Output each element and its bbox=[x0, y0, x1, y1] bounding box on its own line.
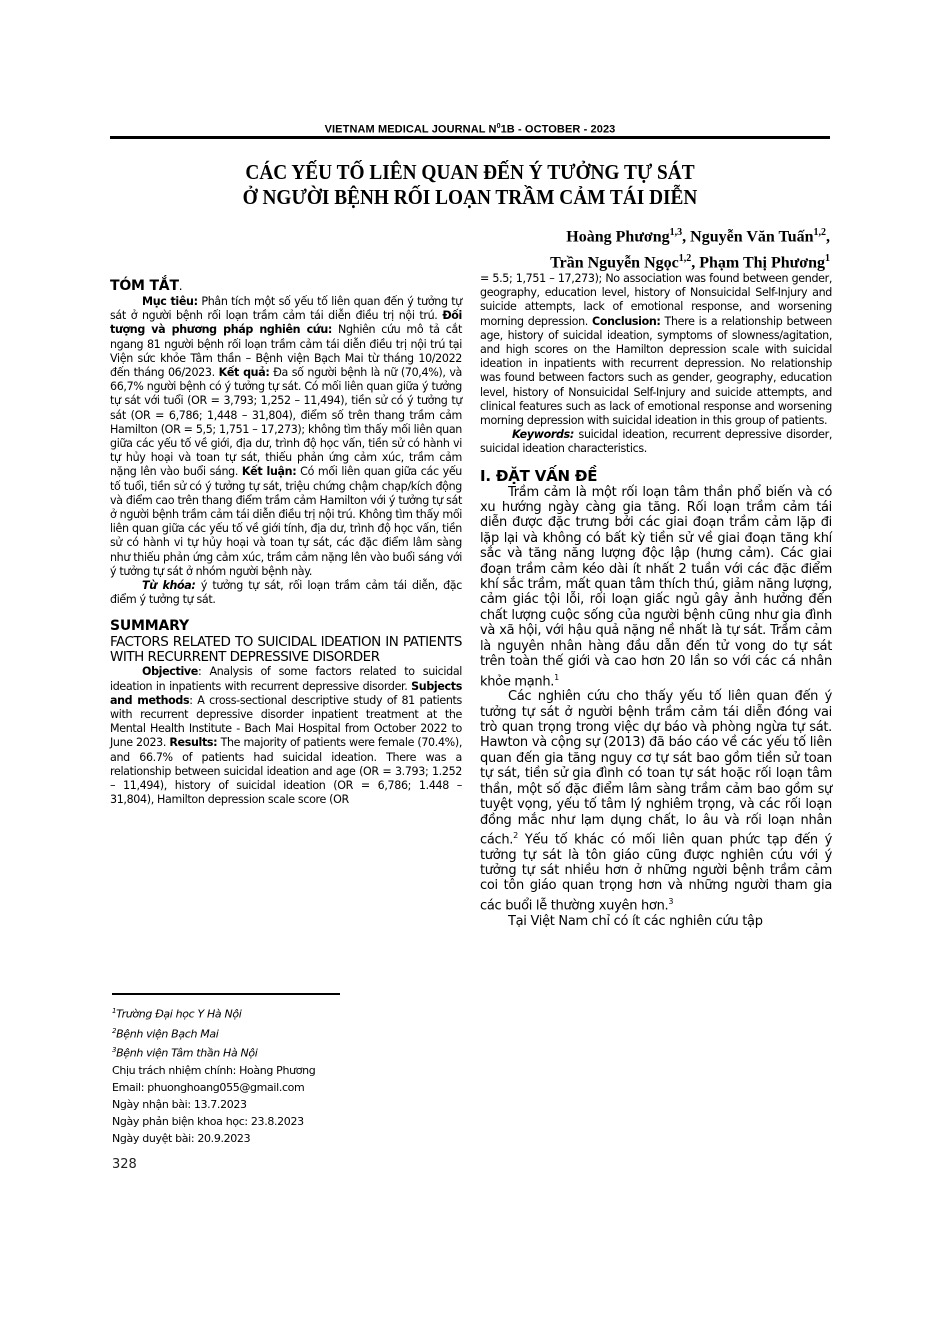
affiliation-3: 3Bệnh viện Tâm thần Hà Nội bbox=[112, 1042, 462, 1062]
author-name: Nguyễn Văn Tuấn bbox=[690, 228, 813, 245]
page-number: 328 bbox=[112, 1157, 137, 1172]
author-list: Hoàng Phương1,3, Nguyễn Văn Tuấn1,2, Trầ… bbox=[330, 222, 830, 275]
date-accepted: Ngày duyệt bài: 20.9.2023 bbox=[112, 1130, 462, 1147]
running-head: VIETNAM MEDICAL JOURNAL N01B - OCTOBER -… bbox=[110, 123, 830, 136]
section-1-paragraph-3: Tại Việt Nam chỉ có ít các nghiên cứu tậ… bbox=[480, 914, 832, 929]
abstract-vi-keywords: Từ khóa: ý tưởng tự sát, rối loạn trầm c… bbox=[110, 579, 462, 607]
label-results-en: Results: bbox=[169, 736, 217, 749]
abstract-vi-body: Mục tiêu: Phân tích một số yếu tố liên q… bbox=[110, 295, 462, 579]
title-line-1: CÁC YẾU TỐ LIÊN QUAN ĐẾN Ý TƯỞNG TỰ SÁT bbox=[139, 160, 801, 185]
footnote-rule bbox=[112, 993, 340, 995]
summary-heading: SUMMARY bbox=[110, 617, 462, 635]
label-keywords: Từ khóa: bbox=[142, 579, 196, 592]
section-1-paragraph-2: Các nghiên cứu cho thấy yếu tố liên quan… bbox=[480, 689, 832, 913]
left-column: TÓM TẮT. Mục tiêu: Phân tích một số yếu … bbox=[110, 277, 462, 808]
right-column: = 5.5; 1,751 – 17,273); No association w… bbox=[480, 272, 832, 929]
section-1-paragraph-1: Trầm cảm là một rối loạn tâm thần phổ bi… bbox=[480, 485, 832, 690]
author-name: Trần Nguyễn Ngọc bbox=[550, 255, 679, 272]
summary-title: FACTORS RELATED TO SUICIDAL IDEATION IN … bbox=[110, 635, 462, 665]
footnotes: 1Trường Đại học Y Hà Nội 2Bệnh viện Bạch… bbox=[112, 1003, 462, 1147]
running-head-issue: 1B - OCTOBER - 2023 bbox=[501, 124, 616, 136]
section-1-heading: I. ĐẶT VẤN ĐỀ bbox=[480, 467, 832, 485]
citation-ref: 3 bbox=[668, 897, 673, 906]
author-separator: , bbox=[682, 228, 690, 245]
label-keywords-en: Keywords: bbox=[512, 428, 574, 441]
header-rule bbox=[110, 136, 830, 139]
date-received: Ngày nhận bài: 13.7.2023 bbox=[112, 1096, 462, 1113]
citation-ref: 1 bbox=[554, 673, 559, 682]
label-objective: Mục tiêu: bbox=[142, 295, 198, 308]
label-results: Kết quả: bbox=[219, 366, 270, 379]
article-title: CÁC YẾU TỐ LIÊN QUAN ĐẾN Ý TƯỞNG TỰ SÁT … bbox=[139, 160, 801, 210]
abstract-vi-heading: TÓM TẮT. bbox=[110, 277, 462, 295]
summary-keywords: Keywords: suicidal ideation, recurrent d… bbox=[480, 428, 832, 456]
author-affiliation: 1,2 bbox=[679, 253, 692, 264]
author-separator: , bbox=[826, 228, 830, 245]
date-reviewed: Ngày phản biện khoa học: 23.8.2023 bbox=[112, 1113, 462, 1130]
author-affiliation: 1 bbox=[825, 253, 830, 264]
affiliation-1: 1Trường Đại học Y Hà Nội bbox=[112, 1003, 462, 1023]
journal-page: VIETNAM MEDICAL JOURNAL N01B - OCTOBER -… bbox=[0, 0, 942, 1333]
author-affiliation: 1,2 bbox=[814, 227, 827, 238]
corresponding-author: Chịu trách nhiệm chính: Hoàng Phương bbox=[112, 1062, 462, 1079]
label-conclusion-en: Conclusion: bbox=[592, 315, 660, 328]
summary-body: Objective: Analysis of some factors rela… bbox=[110, 665, 462, 807]
email: Email: phuonghoang055@gmail.com bbox=[112, 1079, 462, 1096]
author-name: Phạm Thị Phương bbox=[699, 255, 825, 272]
author-affiliation: 1,3 bbox=[670, 227, 683, 238]
author-name: Hoàng Phương bbox=[566, 228, 669, 245]
summary-body-continued: = 5.5; 1,751 – 17,273); No association w… bbox=[480, 272, 832, 428]
title-line-2: Ở NGƯỜI BỆNH RỐI LOẠN TRẦM CẢM TÁI DIỄN bbox=[139, 185, 801, 210]
running-head-journal: VIETNAM MEDICAL JOURNAL N bbox=[325, 124, 497, 136]
label-conclusion: Kết luận: bbox=[242, 465, 296, 478]
label-objective-en: Objective bbox=[142, 665, 198, 678]
affiliation-2: 2Bệnh viện Bạch Mai bbox=[112, 1023, 462, 1043]
